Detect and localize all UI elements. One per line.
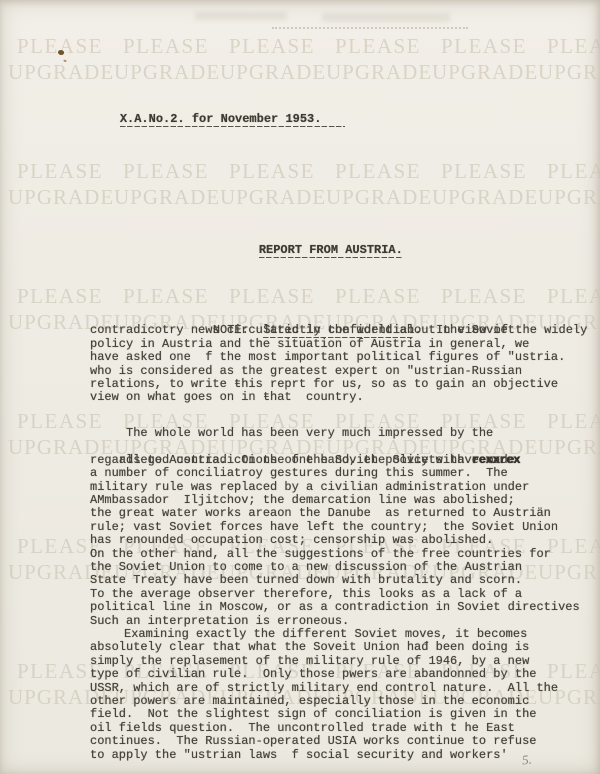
watermark-text: PLEASEUPGRADE (432, 33, 536, 85)
document-reference: X.A.No.2. for November 1953. (120, 112, 346, 127)
watermark-text: PLEASEUPGRADE (326, 158, 430, 210)
watermark-text: PLEASEUPGRADE (538, 158, 600, 210)
watermark-text: PLEASEUPGRADE (538, 408, 600, 460)
watermark-text: PLEASEUPGRADE (220, 33, 324, 85)
watermark-text: PLEASEUPGRADE (8, 158, 112, 210)
title-line: REPORT FROM AUSTRIA. (230, 231, 403, 271)
body-paragraph-2: absolutely clear that what the Soveit Un… (90, 641, 558, 762)
watermark-text: PLEASEUPGRADE (538, 33, 600, 85)
body-paragraph-2-first-line: Examining exactly the different Soviet m… (124, 628, 527, 641)
watermark-text: PLEASEUPGRADE (114, 158, 218, 210)
page-number: 5. (521, 752, 532, 769)
watermark-text: PLEASEUPGRADE (326, 33, 430, 85)
bleed-through-text (195, 12, 287, 20)
body-paragraph-1: regards to Austria. On the one hand, the… (90, 454, 580, 628)
watermark-text: PLEASEUPGRADE (432, 158, 536, 210)
reference-line: X.A.No.2. for November 1953. (91, 100, 345, 140)
note-paragraph: contradicotry news circulated in the wor… (90, 324, 565, 404)
watermark-text: PLEASEUPGRADE (114, 33, 218, 85)
watermark-text: PLEASEUPGRADE (220, 158, 324, 210)
document-page: PLEASEUPGRADEPLEASEUPGRADEPLEASEUPGRADEP… (0, 0, 600, 774)
watermark-text: PLEASEUPGRADE (8, 33, 112, 85)
body-paragraph-1-first-line: The whole world has been very much impre… (126, 427, 493, 440)
bleed-through-text (322, 13, 450, 22)
page-title: REPORT FROM AUSTRIA. (259, 243, 403, 258)
dotted-bleed-line (272, 27, 468, 29)
